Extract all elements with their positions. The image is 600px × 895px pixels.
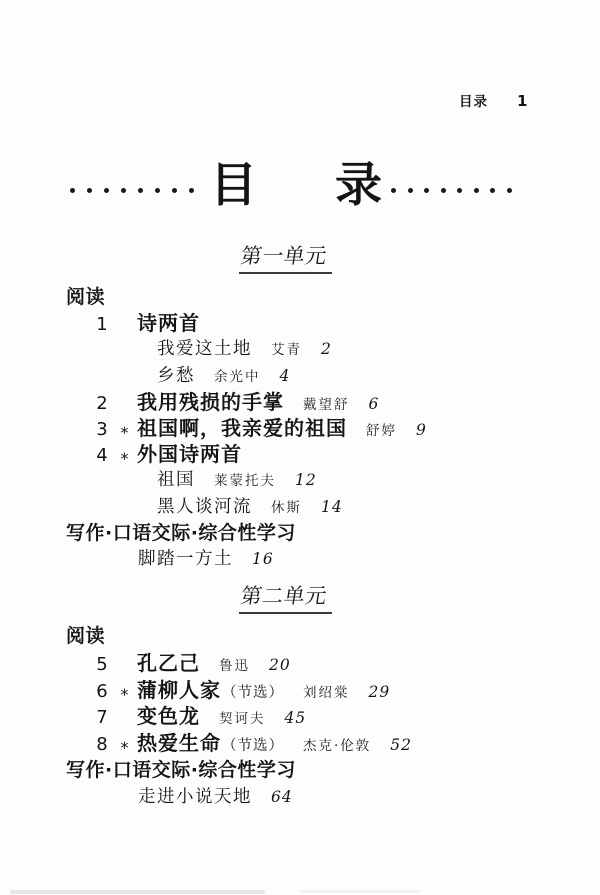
toc-row: 3*祖国啊，我亲爱的祖国舒婷9 bbox=[66, 415, 556, 441]
lesson-note: （节选） bbox=[222, 733, 284, 759]
lesson-title: 外国诗两首 bbox=[137, 441, 242, 467]
page-ref: 12 bbox=[295, 467, 317, 493]
elective-star-mark: * bbox=[112, 446, 137, 472]
author-name: 莱蒙托夫 bbox=[214, 468, 276, 494]
toc-title: 目录 bbox=[210, 160, 460, 212]
leader-dot bbox=[87, 188, 92, 193]
section-label: 写作·口语交际·综合性学习 bbox=[66, 757, 296, 783]
section-label: 阅读 bbox=[66, 623, 105, 649]
author-name: 艾青 bbox=[271, 337, 302, 363]
leader-dot bbox=[155, 188, 160, 193]
toc-row: 1诗两首 bbox=[66, 310, 556, 336]
sub-entry-title: 黑人谈河流 bbox=[157, 494, 252, 520]
page-ref: 20 bbox=[269, 652, 291, 678]
author-name: 舒婷 bbox=[366, 418, 397, 444]
toc-row: 2我用残损的手掌戴望舒6 bbox=[66, 389, 556, 415]
lesson-title: 蒲柳人家 bbox=[137, 677, 221, 703]
leader-dot bbox=[408, 188, 413, 193]
sub-entry-title: 乡愁 bbox=[157, 363, 195, 389]
lesson-number: 6 bbox=[92, 679, 112, 705]
sub-entry-title: 脚踏一方土 bbox=[138, 546, 233, 572]
toc-row: 阅读 bbox=[66, 623, 556, 650]
sub-entry-title: 走进小说天地 bbox=[138, 784, 252, 810]
leader-dot bbox=[104, 188, 109, 193]
leader-dot bbox=[172, 188, 177, 193]
toc-row: 5孔乙己鲁迅20 bbox=[66, 650, 556, 677]
lesson-number: 2 bbox=[92, 391, 112, 417]
title-leader-dots-left bbox=[70, 188, 194, 193]
toc-row: 乡愁余光中4 bbox=[66, 363, 556, 389]
lesson-title: 祖国啊，我亲爱的祖国 bbox=[137, 415, 347, 441]
lesson-title: 诗两首 bbox=[137, 310, 200, 336]
page-ref: 9 bbox=[416, 417, 427, 443]
sub-entry-title: 我爱这土地 bbox=[157, 336, 252, 362]
unit-rows: 阅读5孔乙己鲁迅206*蒲柳人家（节选）刘绍棠297变色龙契诃夫458*热爱生命… bbox=[66, 623, 556, 811]
leader-dot bbox=[138, 188, 143, 193]
leader-dot bbox=[424, 188, 429, 193]
toc-title-row: 目录 bbox=[0, 160, 600, 220]
lesson-title: 我用残损的手掌 bbox=[137, 389, 284, 415]
section-label: 写作·口语交际·综合性学习 bbox=[66, 520, 296, 546]
leader-dot bbox=[507, 188, 512, 193]
toc-row: 8*热爱生命（节选）杰克·伦敦52 bbox=[66, 730, 556, 757]
page-ref: 45 bbox=[285, 705, 307, 731]
lesson-number: 3 bbox=[92, 417, 112, 443]
unit-heading-text: 第二单元 bbox=[239, 580, 330, 610]
toc-row: 黑人谈河流休斯14 bbox=[66, 494, 556, 520]
page-ref: 64 bbox=[271, 784, 293, 810]
lesson-number: 8 bbox=[92, 732, 112, 758]
leader-dot bbox=[121, 188, 126, 193]
scan-artifact bbox=[300, 890, 420, 893]
author-name: 鲁迅 bbox=[219, 653, 250, 679]
toc-row: 写作·口语交际·综合性学习 bbox=[66, 520, 556, 546]
scan-artifact bbox=[10, 890, 265, 894]
toc-row: 走进小说天地64 bbox=[66, 784, 556, 811]
toc-row: 写作·口语交际·综合性学习 bbox=[66, 757, 556, 784]
running-header-page-number: 1 bbox=[517, 92, 527, 110]
unit-heading: 第二单元 bbox=[239, 580, 332, 614]
unit-heading: 第一单元 bbox=[239, 240, 332, 274]
author-name: 休斯 bbox=[271, 495, 302, 521]
toc-row: 我爱这土地艾青2 bbox=[66, 336, 556, 362]
author-name: 杰克·伦敦 bbox=[303, 733, 371, 759]
toc-row: 4*外国诗两首 bbox=[66, 441, 556, 467]
unit-rows: 阅读1诗两首我爱这土地艾青2乡愁余光中42我用残损的手掌戴望舒63*祖国啊，我亲… bbox=[66, 284, 556, 572]
leader-dot bbox=[441, 188, 446, 193]
running-header-title: 目录 bbox=[459, 90, 488, 110]
leader-dot bbox=[189, 188, 194, 193]
unit-heading-text: 第一单元 bbox=[239, 240, 330, 270]
lesson-number: 1 bbox=[92, 312, 112, 338]
page-ref: 16 bbox=[252, 546, 274, 572]
leader-dot bbox=[391, 188, 396, 193]
lesson-title: 孔乙己 bbox=[137, 650, 200, 676]
lesson-number: 5 bbox=[92, 652, 112, 678]
toc-row: 7变色龙契诃夫45 bbox=[66, 703, 556, 730]
leader-dot bbox=[474, 188, 479, 193]
page-ref: 52 bbox=[390, 732, 412, 758]
author-name: 余光中 bbox=[214, 364, 261, 390]
toc-row: 阅读 bbox=[66, 284, 556, 310]
title-leader-dots-right bbox=[391, 188, 512, 193]
running-header: 目录 1 bbox=[459, 90, 527, 110]
toc-row: 脚踏一方土16 bbox=[66, 546, 556, 572]
lesson-note: （节选） bbox=[222, 680, 284, 706]
author-name: 契诃夫 bbox=[219, 706, 266, 732]
page-ref: 14 bbox=[321, 494, 343, 520]
author-name: 戴望舒 bbox=[303, 392, 350, 418]
lesson-title: 热爱生命 bbox=[137, 730, 221, 756]
lesson-number: 4 bbox=[92, 443, 112, 469]
elective-star-mark: * bbox=[112, 735, 137, 761]
page-ref: 2 bbox=[321, 336, 332, 362]
page-ref: 29 bbox=[369, 679, 391, 705]
leader-dot bbox=[490, 188, 495, 193]
elective-star-mark: * bbox=[112, 682, 137, 708]
section-label: 阅读 bbox=[66, 284, 105, 310]
elective-star-mark: * bbox=[112, 420, 137, 446]
toc-row: 6*蒲柳人家（节选）刘绍棠29 bbox=[66, 677, 556, 704]
sub-entry-title: 祖国 bbox=[157, 467, 195, 493]
page-ref: 4 bbox=[280, 363, 291, 389]
lesson-title: 变色龙 bbox=[137, 703, 200, 729]
page-ref: 6 bbox=[369, 391, 380, 417]
author-name: 刘绍棠 bbox=[303, 680, 350, 706]
leader-dot bbox=[457, 188, 462, 193]
lesson-number: 7 bbox=[92, 705, 112, 731]
book-page: 目录 1 目录 第一单元阅读1诗两首我爱这土地艾青2乡愁余光中42我用残损的手掌… bbox=[0, 0, 600, 895]
toc-row: 祖国莱蒙托夫12 bbox=[66, 467, 556, 493]
leader-dot bbox=[70, 188, 75, 193]
